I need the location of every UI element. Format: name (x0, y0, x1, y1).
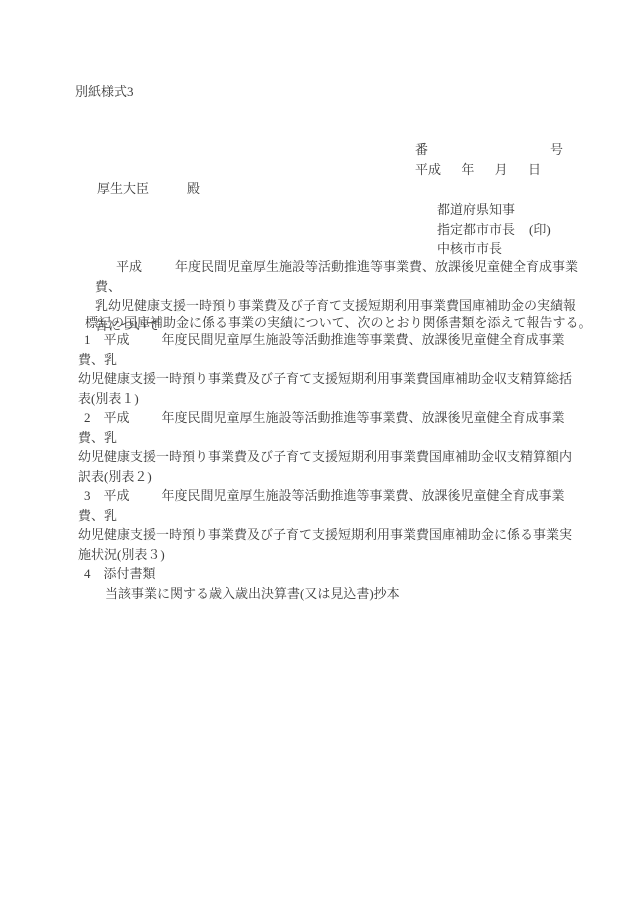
item-3-line-3: 施状況(別表３) (78, 545, 583, 565)
number-suffix: 号 (550, 140, 563, 160)
item-4-line-1: 4添付書類 (78, 564, 583, 584)
item-1-line-3: 表(別表１) (78, 389, 583, 409)
addressee-honorific: 殿 (187, 181, 200, 196)
item-2-line-1: 2平成年度民間児童厚生施設等活動推進等事業費、放課後児童健全育成事業費、乳 (78, 408, 583, 447)
subject-line-1-text: 年度民間児童厚生施設等活動推進等事業費、放課後児童健全育成事業費、 (95, 259, 578, 294)
number-prefix: 番 (415, 140, 428, 160)
report-item-1: 1平成年度民間児童厚生施設等活動推進等事業費、放課後児童健全育成事業費、乳 幼児… (78, 330, 583, 408)
sender-prefecture-governor: 都道府県知事 (437, 200, 551, 220)
item-2-text: 年度民間児童厚生施設等活動推進等事業費、放課後児童健全育成事業費、乳 (78, 410, 565, 445)
report-item-3: 3平成年度民間児童厚生施設等活動推進等事業費、放課後児童健全育成事業費、乳 幼児… (78, 486, 583, 564)
sender-designated-city-line: 指定都市市長(印) (437, 220, 551, 240)
item-1-number: 1 (84, 330, 91, 350)
report-item-2: 2平成年度民間児童厚生施設等活動推進等事業費、放課後児童健全育成事業費、乳 幼児… (78, 408, 583, 486)
item-1-line-1: 1平成年度民間児童厚生施設等活動推進等事業費、放課後児童健全育成事業費、乳 (78, 330, 583, 369)
document-page: 別紙様式3 番 号 平成 年 月 日 厚生大臣殿 都道府県知事 指定都市市長(印… (0, 0, 630, 916)
date-day-label: 日 (528, 160, 541, 180)
date-era: 平成 (415, 160, 441, 180)
addressee-line: 厚生大臣殿 (97, 179, 200, 199)
report-items: 1平成年度民間児童厚生施設等活動推進等事業費、放課後児童健全育成事業費、乳 幼児… (78, 330, 583, 603)
item-4-title: 添付書類 (104, 566, 156, 581)
sender-core-city-mayor: 中核市市長 (437, 239, 551, 259)
item-1-line-2: 幼児健康支援一時預り事業費及び子育て支援短期利用事業費国庫補助金収支精算総括 (78, 369, 583, 389)
item-3-line-1: 3平成年度民間児童厚生施設等活動推進等事業費、放課後児童健全育成事業費、乳 (78, 486, 583, 525)
item-2-line-2: 幼児健康支援一時預り事業費及び子育て支援短期利用事業費国庫補助金収支精算額内 (78, 447, 583, 467)
seal-mark: (印) (529, 222, 551, 237)
date-month-label: 月 (495, 160, 508, 180)
item-1-era: 平成 (104, 332, 130, 347)
item-2-number: 2 (84, 408, 91, 428)
item-2-line-3: 訳表(別表２) (78, 467, 583, 487)
form-label: 別紙様式3 (75, 82, 134, 102)
item-3-text: 年度民間児童厚生施設等活動推進等事業費、放課後児童健全育成事業費、乳 (78, 488, 565, 523)
item-2-era: 平成 (104, 410, 130, 425)
report-item-4: 4添付書類 当該事業に関する歳入歳出決算書(又は見込書)抄本 (78, 564, 583, 603)
subject-line-1: 平成年度民間児童厚生施設等活動推進等事業費、放課後児童健全育成事業費、 (95, 257, 580, 296)
subject-era: 平成 (116, 259, 142, 274)
document-number-line: 番 号 (415, 140, 563, 160)
item-4-number: 4 (84, 564, 91, 584)
date-line: 平成 年 月 日 (415, 160, 541, 180)
sender-block: 都道府県知事 指定都市市長(印) 中核市市長 (437, 200, 551, 259)
sender-designated-city-mayor: 指定都市市長 (437, 222, 515, 237)
item-1-text: 年度民間児童厚生施設等活動推進等事業費、放課後児童健全育成事業費、乳 (78, 332, 565, 367)
date-year-label: 年 (461, 160, 474, 180)
item-4-line-2: 当該事業に関する歳入歳出決算書(又は見込書)抄本 (105, 584, 583, 604)
addressee-title: 厚生大臣 (97, 181, 149, 196)
item-3-number: 3 (84, 486, 91, 506)
item-3-era: 平成 (104, 488, 130, 503)
item-3-line-2: 幼児健康支援一時預り事業費及び子育て支援短期利用事業費国庫補助金に係る事業実 (78, 525, 583, 545)
